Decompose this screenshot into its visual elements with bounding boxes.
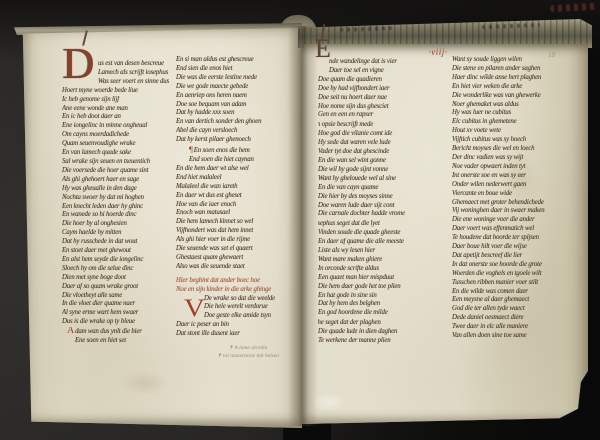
text-line: Quam seuenvoudighe wrake — [62, 140, 184, 149]
text-line: En die wilde was comen daer — [452, 288, 586, 297]
text-line: Die seuende was set el quaert — [176, 245, 300, 254]
text-line: En stoet daer met ghewout — [62, 247, 184, 256]
text-line: Al syne erme wart hem swaer — [62, 309, 184, 318]
text-line: En die hem daer wt alse wel — [176, 165, 300, 174]
text-line: Der dinc vadien was sy wijt — [452, 154, 586, 163]
text-line: Caym haelde hy mitten — [62, 229, 184, 238]
text-line: En ic heb doot daer an — [62, 113, 184, 122]
text-line: Adam wan dus ynlt die hier — [62, 327, 184, 337]
text-line: Dat stont ille dusent iaer — [176, 330, 300, 339]
text-line: Die quade lude in dien daghen — [318, 328, 448, 337]
annotation-line: ✝ A lame alcedin — [188, 345, 308, 353]
text-line: Hy was gheualle in den dage — [62, 185, 184, 194]
text-line: Noe vader opwaert inden tyt — [452, 163, 586, 172]
text-line: Elc cubitus in ghemetene — [452, 118, 586, 127]
text-line: Haer dinc wilde anse hert plaghen — [452, 74, 586, 83]
text-line: Vader tyt doe dat ghescinde — [318, 148, 448, 157]
text-line: Die hier by des moyses sinne — [318, 193, 448, 202]
text-line: Die vloetheyt alle same — [62, 292, 184, 301]
text-line: Die we gode maecte gebede — [176, 83, 300, 92]
text-line: Ic heb genome sijn lijf — [62, 96, 184, 105]
text-line: Dat hy hadde xxx soen — [176, 109, 300, 118]
text-line: Dat hy russchede in dat wout — [62, 238, 184, 247]
text-line: Sloech hy om die selue dinc — [62, 265, 184, 274]
text-line: Daer af so quam wrake groot — [62, 283, 184, 292]
text-line: Liste als wy lesen hier — [318, 247, 448, 256]
text-line: Die hoer by al onghesien — [62, 220, 184, 229]
text-line: Die ene woninge voer die ander — [452, 216, 586, 225]
text-line: Die wonderlike was van ghewerke — [452, 92, 586, 101]
text-line: Want hy ghelouede wel al sine — [318, 175, 448, 184]
text-line: Che seget dat der plaghen — [318, 318, 448, 328]
text-line: Malaleel die wan iareth — [176, 183, 300, 192]
text-line: En si man aldus est ghescreue — [176, 56, 300, 65]
text-line: Hy sede dat waren vele lude — [318, 139, 448, 148]
text-line: Vij woninghen daer in swaer maken — [452, 207, 586, 216]
red-initial: A — [67, 327, 74, 336]
text-line: Iosephus seget dat die lyet — [318, 219, 448, 229]
text-line: Hoe nome sijn dus ghesciet — [318, 103, 448, 112]
text-line: Dien met syne boge doot — [62, 274, 184, 283]
text-line: En god hoordene die milde — [318, 309, 448, 318]
text-line: Woerden die voghels en tgoele wilt — [452, 270, 586, 279]
text-line: Want sy soude liggen wilen — [452, 56, 586, 65]
text-line: En van dertich sonder den ghoen — [176, 118, 300, 127]
text-line: In die vloet dier quame naer — [62, 300, 184, 309]
text-line: En aenriep ons heren naem — [176, 92, 300, 101]
text-line: Van allen doen sine toe same — [452, 332, 586, 341]
right-page-column-2: Want sy soude liggen wilenDie stene en p… — [452, 56, 586, 341]
text-line: Ene soen en hiet set — [62, 337, 184, 346]
text-line: Hout xv voete wete — [452, 127, 586, 136]
text-line: Twee daer in elc alle maniere — [452, 323, 586, 332]
text-line: Ane eene wonde ane man — [62, 105, 184, 114]
annotation-line: ✝ tol namelstone mit helsen — [188, 353, 308, 361]
text-line: En wanede so hi hoerde dinc — [62, 211, 184, 220]
drop-cap-initial-e: E — [315, 36, 331, 62]
text-line: Een meysne al daer ghemaect — [452, 296, 586, 305]
text-line: Int onerste soe en was sy eer — [452, 172, 586, 181]
text-line: Daer toe sel en vigne — [318, 67, 448, 76]
text-line: Doe quam die quadieren — [318, 76, 448, 85]
text-line: Te werkene der manne plien — [318, 337, 448, 346]
text-line: Die hem lamech kinnet so wel — [176, 218, 300, 227]
text-line: En daer af quame die alle meeste — [318, 238, 448, 247]
text-line: Doe seit nu hoert daer nae — [318, 94, 448, 103]
text-line: In dat onerste soe hoorde die grote — [452, 261, 586, 270]
text-line: Noer ghemaket was aldus — [452, 101, 586, 110]
parchment-patch — [312, 392, 346, 412]
text-line: Die voersede die hoer quame sint — [62, 167, 184, 176]
text-line: Als ghi ghehoert haer en sage — [62, 176, 184, 185]
text-line: Tusschen ribben manier voer stilt — [452, 279, 586, 288]
text-line: Daer voert was effenmatich wel — [452, 225, 586, 234]
right-page-column-1: nde wandelinge dat is vierDaer toe sel e… — [318, 58, 448, 346]
text-line: Ghemaect met groter behendichede — [452, 199, 586, 208]
text-line: Bericht moyses die wel en loech — [452, 145, 586, 154]
text-line: End sien die enos hiet — [176, 65, 300, 74]
manuscript-photo: D E V ·viij· 18 us est van desen bescreu… — [0, 0, 600, 440]
text-line: Hoe van die iaer enoch — [176, 201, 300, 210]
text-line: Vijfhondert was dat hem innet — [176, 227, 300, 236]
text-line: En opsie bescrijft mede — [318, 120, 448, 130]
text-line: Hy was luer ne cubitus — [452, 109, 586, 118]
text-line: In orconde scrifte aldus — [318, 265, 448, 274]
paragraph-mark: ¶ — [189, 145, 193, 154]
text-line: Hoert myne woerde bede liue — [62, 87, 184, 96]
text-line: Abel die cayn versloech — [176, 127, 300, 136]
text-line: En daer wt dus est gheset — [176, 192, 300, 201]
text-line: Gen en een en rapser — [318, 111, 448, 120]
text-line: Doe waren lude daer sijt cont — [318, 202, 448, 211]
left-page-column-1: us est van desen bescreueLamech als scri… — [62, 60, 184, 346]
text-line: Vijftich cubitus was sy hoech — [452, 136, 586, 145]
text-line: Ene iongelinc in minne ongheual — [62, 122, 184, 131]
text-line: Dat hy hem des belghen — [318, 300, 448, 309]
text-line: Dede daniel oesmaect diere — [452, 314, 586, 323]
text-line: Daer boue hilt voer die wijse — [452, 243, 586, 252]
marginal-annotations: ✝ A lame alcedin ✝ tol namelstone mit he… — [188, 345, 308, 360]
text-line: En alst hem seyde die iongelinc — [62, 256, 184, 265]
red-smudge-mark — [550, 3, 596, 12]
text-line: Te houdene dat hoorde ter spijsen — [452, 234, 586, 243]
text-line: Die stene en pilaren ander saghen — [452, 65, 586, 74]
text-line: End soen die hiet caynan — [176, 156, 300, 165]
text-line: Nochta swoer hy dat mi hoghen — [62, 194, 184, 203]
text-line: Dat hy kerst pilaer ghenoech — [176, 136, 300, 145]
text-line: En die wan sel wint gonne — [318, 157, 448, 166]
text-line: En hiet vier weken die arke — [452, 83, 586, 92]
text-line: Vinden soude die quade gheeste — [318, 229, 448, 238]
text-line: Daer ic peser an bin — [176, 321, 300, 330]
text-line: Hoe god die vilanie comt ide — [318, 130, 448, 139]
text-line: Sal wrake sijn seuen en tseuentich — [62, 158, 184, 167]
text-line: End hiet malaleel — [176, 174, 300, 183]
text-line: Onder wilen nederwert gaen — [452, 181, 586, 190]
text-line: ¶En soen enos die hem — [176, 145, 300, 156]
text-line: Enoch wan matusael — [176, 209, 300, 218]
text-line: Als ghi hier voer in die rijme — [176, 236, 300, 245]
text-line: Die hem daer gode het toe plien — [318, 283, 448, 292]
text-line: God die ter allen tyde waect — [452, 305, 586, 314]
text-line: Also was die seuende staet — [176, 263, 300, 272]
text-line: Een knecht leden daer hy ghinc — [62, 203, 184, 212]
text-line: Een quaet man hier mispduut — [318, 274, 448, 283]
section-initial-v: V — [184, 296, 205, 321]
fore-edge-band — [298, 19, 592, 48]
parchment-stain — [120, 370, 170, 396]
text-line: nde wandelinge dat is vier — [318, 58, 448, 67]
rubric-line: Hier beghint dat ander boec hoe — [176, 277, 300, 286]
text-line: Dat apetijt bescreef die lier — [452, 252, 586, 261]
rubric-line: Noe en sijn kinder in die arke ghinge — [176, 286, 300, 295]
text-line: Die wil hy gode sijnt vonne — [318, 166, 448, 175]
text-line: Doe hy had vijfhondert iaer — [318, 85, 448, 94]
text-line: En die van cayn quame — [318, 184, 448, 193]
text-line: Ghestaest quam ghewaert — [176, 254, 300, 263]
text-line: Viercante en boue wide — [452, 190, 586, 199]
text-line: En hat gode in sine sin — [318, 292, 448, 301]
text-line: En van lamech quade sake — [62, 149, 184, 158]
text-line: Die carnale dochter hadde vrome — [318, 210, 448, 219]
text-line: Om cayns moerdadichede — [62, 131, 184, 140]
drop-cap-initial-d: D — [62, 42, 94, 86]
text-line: Die was die eerste lestine mede — [176, 74, 300, 83]
text-line: Want mare maken ghiere — [318, 256, 448, 265]
text-line: Doe soe bequam van adam — [176, 101, 300, 110]
text-line: Dus is die wrake op ty bleue — [62, 318, 184, 327]
